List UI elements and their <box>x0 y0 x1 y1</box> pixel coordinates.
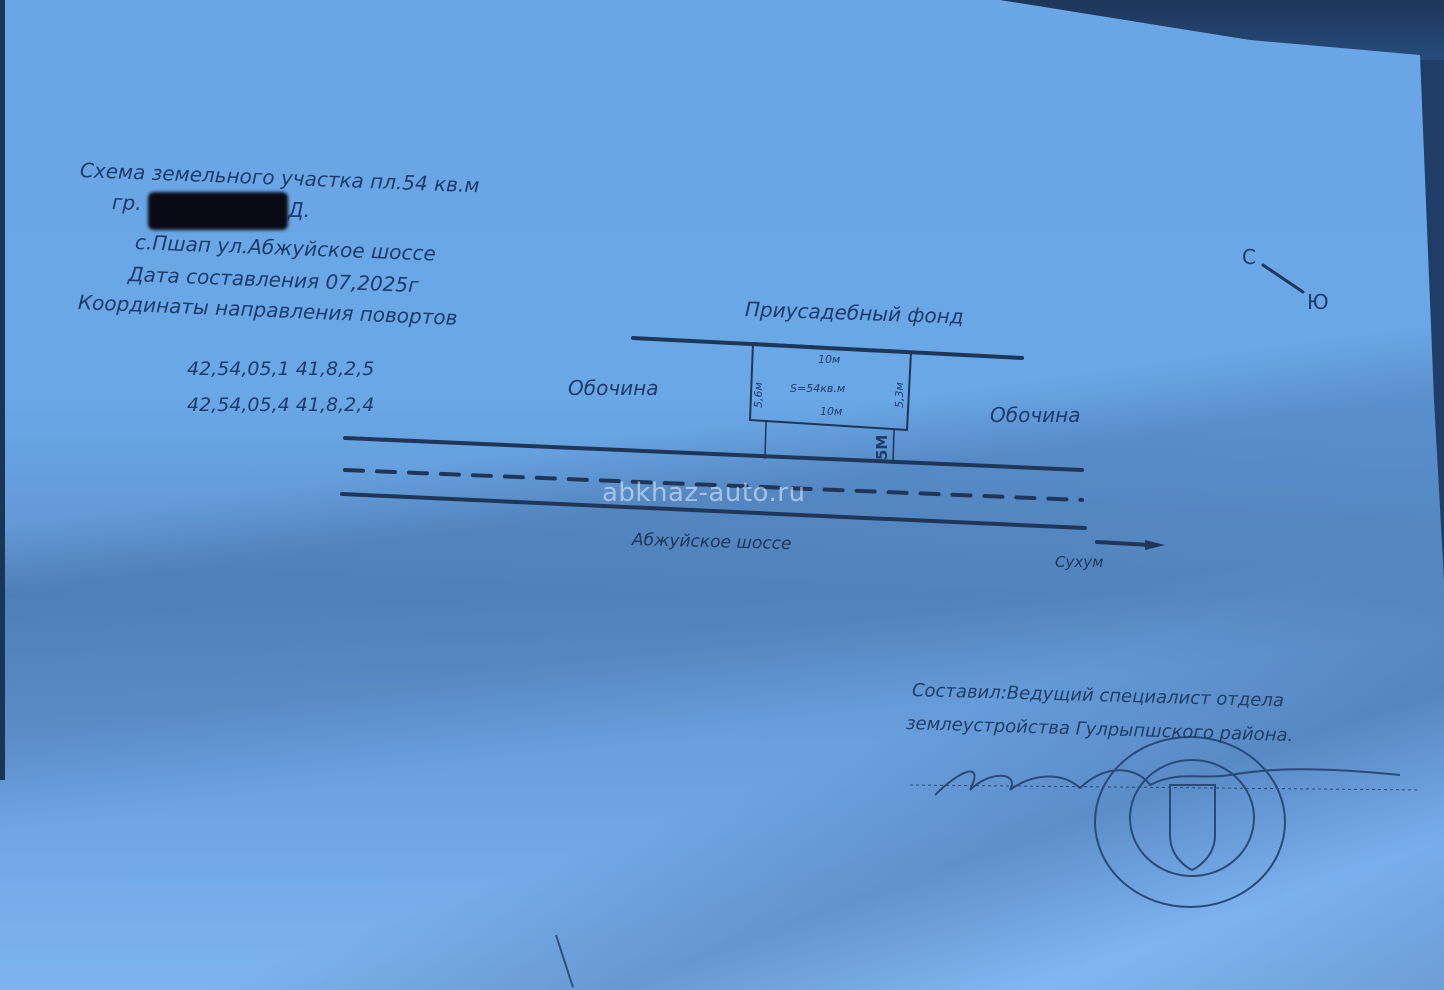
dimension-bottom: 10м <box>820 405 842 418</box>
watermark: abkhaz-auto.ru <box>602 478 805 508</box>
setback-dimension: 5М <box>873 435 891 460</box>
seal-icon <box>1095 737 1285 907</box>
signature-icon <box>935 769 1400 795</box>
label-roadside-right: Обочина <box>990 403 1080 427</box>
label-road: Абжуйское шоссе <box>632 530 792 554</box>
compass-arrow-icon <box>1263 265 1303 292</box>
direction-arrow-icon <box>1097 542 1150 545</box>
dimension-top: 10м <box>818 353 840 366</box>
label-direction-city: Сухум <box>1055 553 1103 571</box>
plot-area: S=54кв.м <box>790 382 845 395</box>
signature-and-seal <box>910 737 1420 907</box>
label-roadside-left: Обочина <box>568 376 658 400</box>
signature-line <box>910 785 1420 790</box>
dimension-left: 5,6м <box>752 382 765 408</box>
dimension-right: 5,3м <box>893 382 906 408</box>
